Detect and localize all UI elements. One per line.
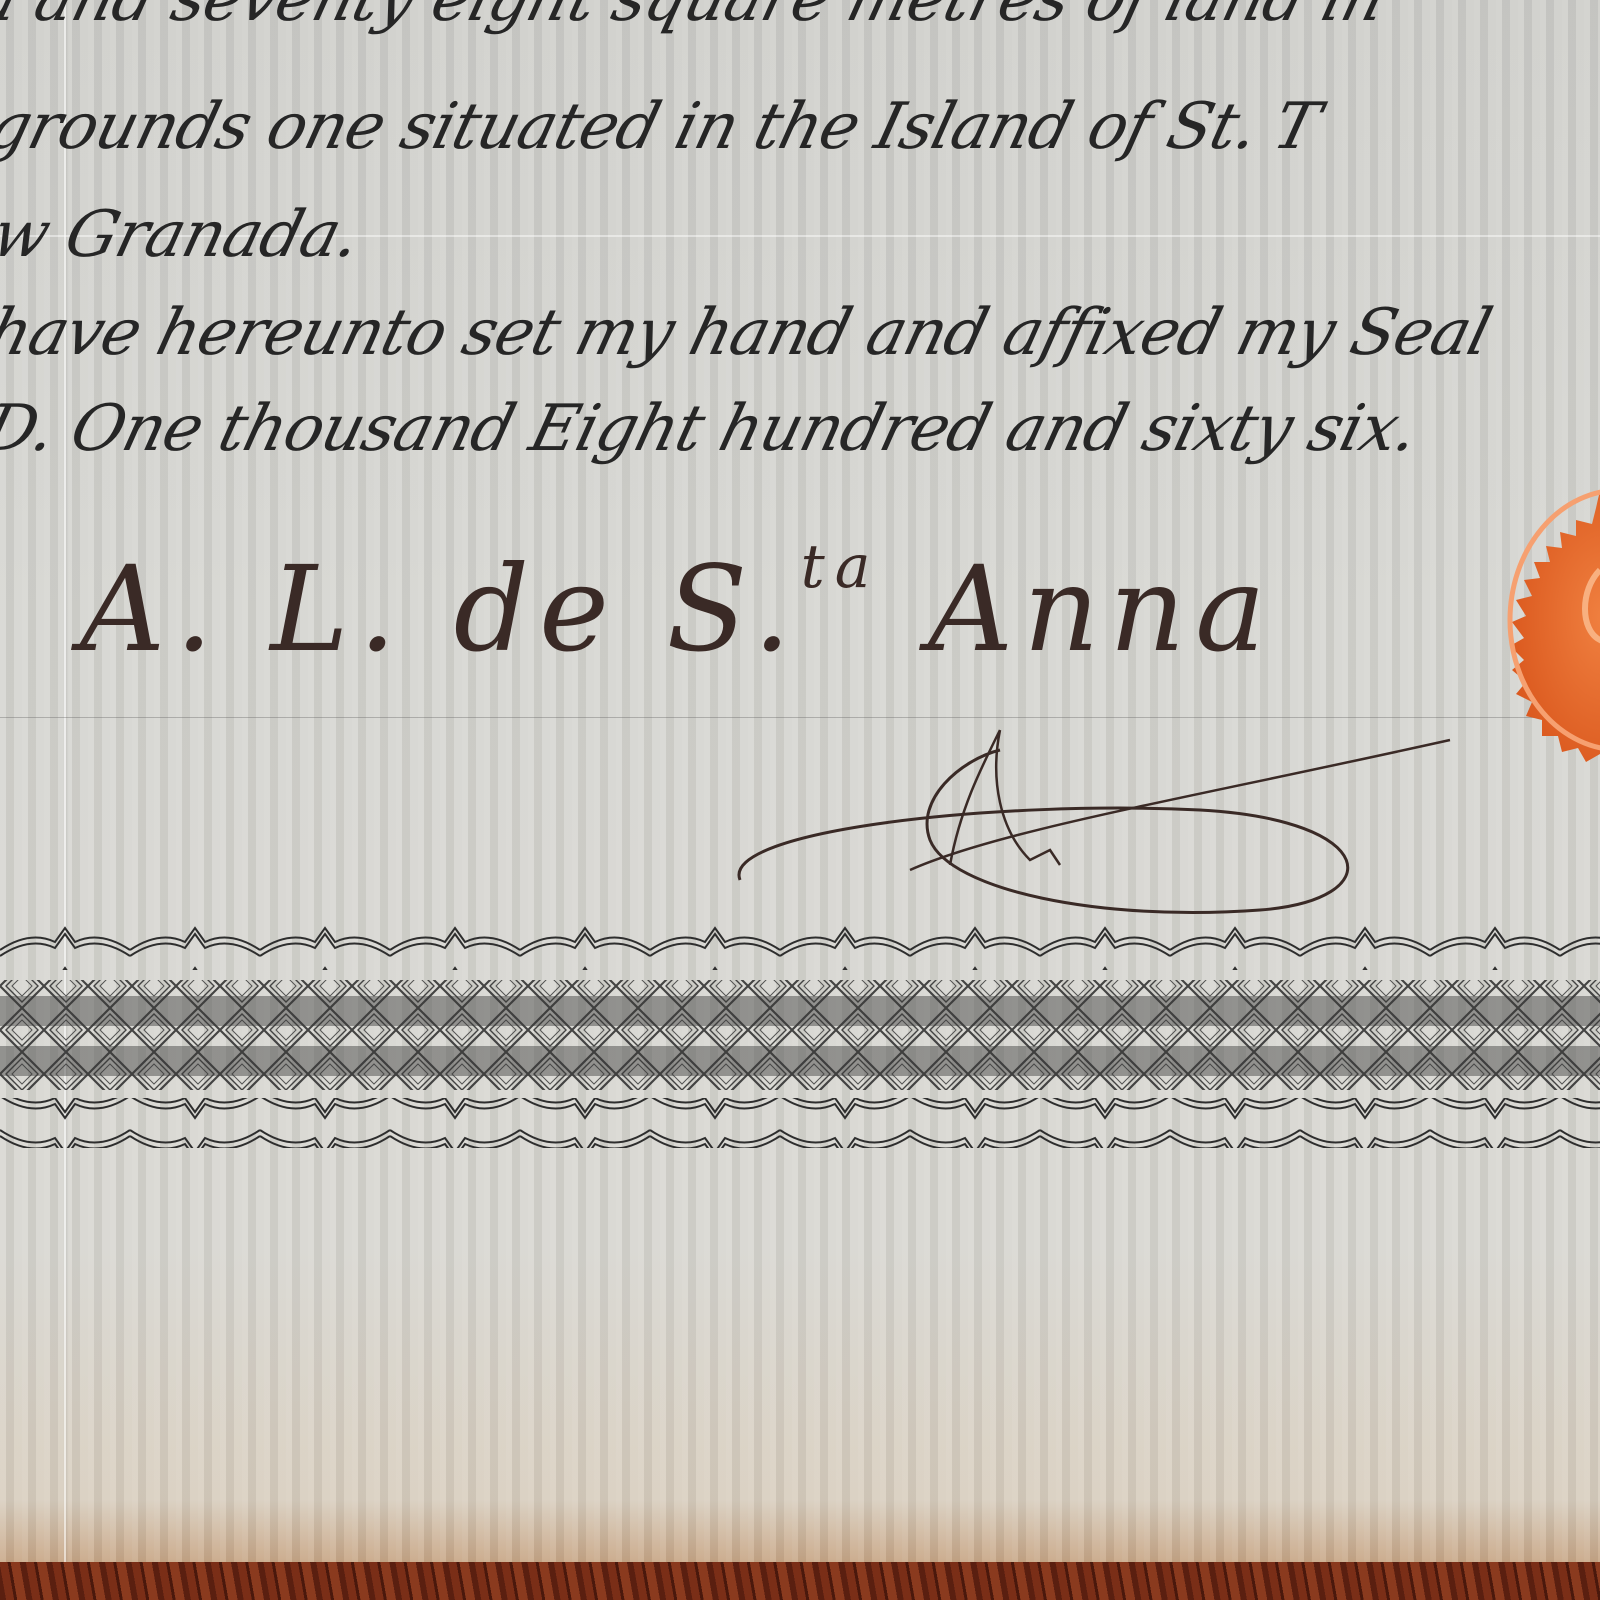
wax-seal-icon [1450,470,1600,770]
signature-initials: A. L. de S. [80,540,801,678]
signature-flourish-icon [700,690,1460,930]
signature-surname: Anna [928,540,1276,678]
wooden-table-surface [0,1562,1600,1600]
handwritten-signature: A. L. de S.ta Anna [80,540,1276,678]
text-line-1: a and seventy eight square metres of lan… [0,0,1393,36]
text-line-2: grounds one situated in the Island of St… [0,90,1326,164]
text-line-4: have hereunto set my hand and affixed my… [0,296,1498,370]
text-line-3: w Granada. [0,198,367,272]
text-line-5: D. One thousand Eight hundred and sixty … [0,392,1425,466]
guilloche-border-ornament [0,920,1600,1150]
document-paper: a and seventy eight square metres of lan… [0,0,1600,1562]
signature-superscript: ta [801,532,881,602]
